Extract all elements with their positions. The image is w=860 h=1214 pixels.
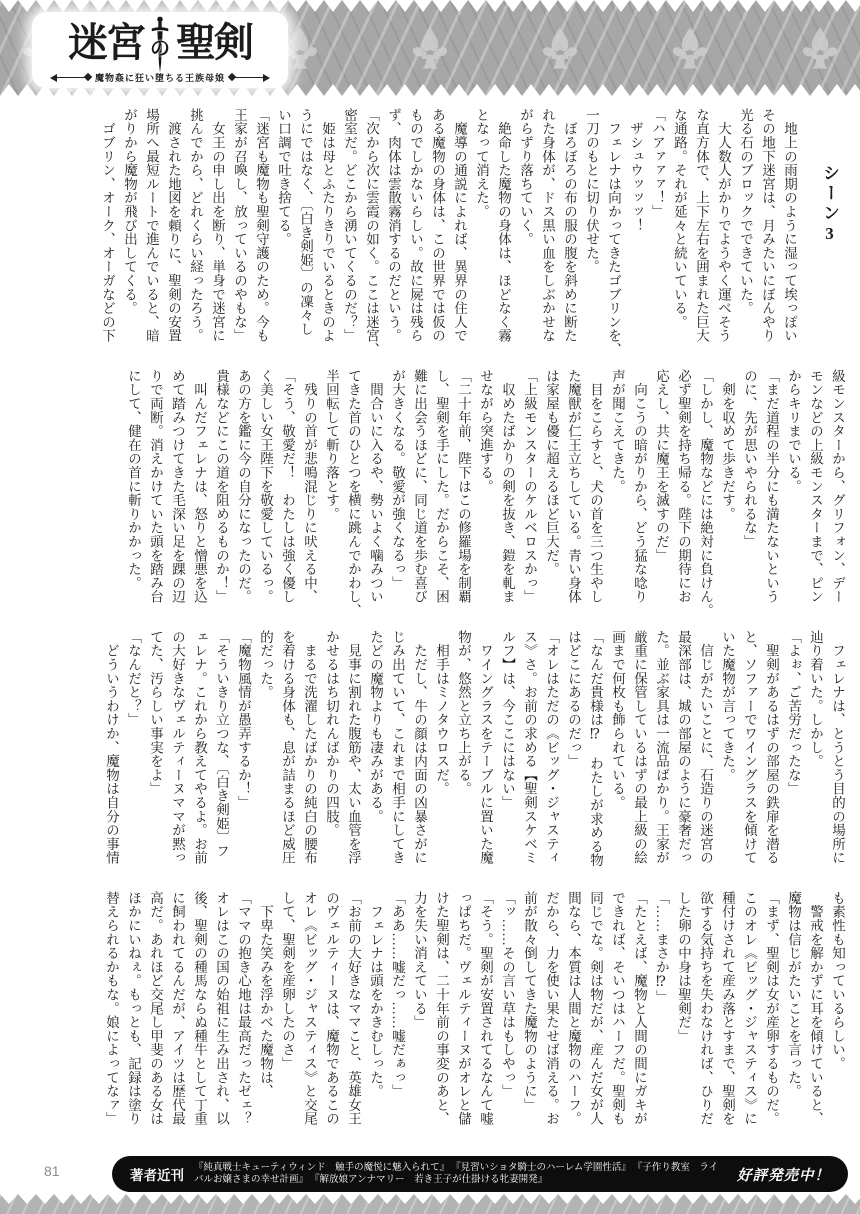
text-column: オレ《ビッグ・ジャスティス》と交尾 xyxy=(298,891,320,1143)
text-column: な直方体で、上下左右を囲まれた巨大 xyxy=(690,108,712,360)
book-title: 『見習いショタ騎士のハーレム学園性活』 xyxy=(451,1162,631,1173)
text-column: な通路。それが延々と続いている。 xyxy=(668,108,690,360)
text-column: このオレ《ビッグ・ジャスティス》に xyxy=(738,891,760,1143)
text-column: 「……まさか⁉」 xyxy=(650,891,672,1143)
text-column: がりから魔物が飛び出してくる。 xyxy=(118,108,140,360)
text-column: 「まだ道程の半分にも満たないという xyxy=(760,369,782,621)
text-column: 「しかし、魔物などには絶対に負けん。 xyxy=(694,369,716,621)
text-column: 下卑た笑みを浮かべた魔物は、 xyxy=(254,891,276,1143)
text-column: ものでしかないらしい。故に屍は残ら xyxy=(404,108,426,360)
text-column: 後、聖剣の種馬ならぬ種牛として丁重 xyxy=(188,891,210,1143)
text-band-4: も素性も知っているらしい。 警戒を解かずに耳を傾けていると、魔物は信じがたいこと… xyxy=(52,891,848,1143)
text-column: 絶命した魔物の身体は、ほどなく霧 xyxy=(492,108,514,360)
text-column: 魔導の通説によれば、異界の住人で xyxy=(448,108,470,360)
subtitle-rule-left xyxy=(56,77,90,78)
text-column: の大好きなヴェルティーヌママが黙っ xyxy=(166,630,188,882)
fleur-de-lis-icon xyxy=(668,20,712,76)
text-column: 「次から次に雲霞の如く。ここは迷宮、 xyxy=(360,108,382,360)
logo-sword: の xyxy=(145,14,175,76)
fleur-de-lis-icon xyxy=(538,20,582,76)
text-column: 大人数人がかりでようやく運べそう xyxy=(712,108,734,360)
text-column: 画まで何枚も飾られている。 xyxy=(606,630,628,882)
text-column: が大きくなる。敬愛が強くなるっ」 xyxy=(386,369,408,621)
text-column: ぼろぼろの布の服の腹を斜めに断た xyxy=(558,108,580,360)
text-column: ある魔物の身体は、この世界では仮の xyxy=(426,108,448,360)
text-column: のヴェルティーヌは、魔物であるこの xyxy=(320,891,342,1143)
text-column: ェレナ。これから教えてやるよ。お前 xyxy=(188,630,210,882)
text-column: 目をこらすと、犬の首を三つ生やし xyxy=(584,369,606,621)
text-column: 「上級モンスターのケルベロスかっ」 xyxy=(518,369,540,621)
text-column: 王家が召喚し、放っているのやもな」 xyxy=(228,108,250,360)
text-column: にして、健在の首に斬りかかった。 xyxy=(122,369,144,621)
text-column: 「そう。聖剣が安置されてるなんて嘘 xyxy=(474,891,496,1143)
text-column: た魔獣が仁王立ちしている。青い身体 xyxy=(562,369,584,621)
logo-title-right: 聖剣 xyxy=(176,23,252,63)
series-logo: 迷宮 の 聖剣 魔物姦に狂い堕ちる王族母娘 xyxy=(32,12,288,88)
text-column: てきた首のひとつを横に跳んでかわし、 xyxy=(342,369,364,621)
text-column: ゴブリン、オーク、オーガなどの下 xyxy=(96,108,118,360)
scene-heading: シーン3 xyxy=(818,108,840,360)
text-column: かせるはち切れんばかりの四肢。 xyxy=(320,630,342,882)
footer-ornament-band xyxy=(0,1194,860,1214)
text-column: 聖剣があるはずの部屋の鉄扉を潜る xyxy=(760,630,782,882)
text-column: たどの魔物よりも凄みがある。 xyxy=(364,630,386,882)
text-column: 難に出会うほどに、同じ道を歩む喜び xyxy=(408,369,430,621)
text-column: い口調で吐き捨てる。 xyxy=(272,108,294,360)
text-column: 最深部は、城の部屋のように豪奢だっ xyxy=(672,630,694,882)
text-column: 魔物は信じがたいことを言った。 xyxy=(782,891,804,1143)
text-column: 同じでな。剣は物だが、産んだ女が人 xyxy=(584,891,606,1143)
text-column: フェレナは、とうとう目的の場所に xyxy=(826,630,848,882)
text-column: てた、汚らしい事実をよ」 xyxy=(144,630,166,882)
text-column: ス》さ。お前の求める【聖剣スケベミ xyxy=(518,630,540,882)
text-column: 地上の雨期のように湿って埃っぽい xyxy=(778,108,800,360)
text-column: はどこにあるのだっ」 xyxy=(562,630,584,882)
text-column: 「オレはただの《ビッグ・ジャスティ xyxy=(540,630,562,882)
text-column: オレはこの国の始祖に生み出され、以 xyxy=(210,891,232,1143)
text-column: めて踏みつけてきた毛深い足を踝の辺 xyxy=(166,369,188,621)
text-column: 相手はミノタウロスだ。 xyxy=(430,630,452,882)
text-column: っぱちだ。ヴェルティーヌがオレと儲 xyxy=(452,891,474,1143)
text-column: のに、先が思いやられるな」 xyxy=(738,369,760,621)
publisher-bar: 著者近刊 『純真戦士キューティウィンド 触手の魔悦に魅入られて』『見習いショタ騎… xyxy=(112,1156,848,1192)
text-column: からキリまでいる。 xyxy=(782,369,804,621)
sale-status: 好評発売中！ xyxy=(737,1164,830,1185)
text-band-2: 級モンスターから、グリフォン、デーモンなどの上級モンスターまで、ピンからキリまで… xyxy=(52,369,848,621)
text-column: 厳重に保管しているはずの最上級の絵 xyxy=(628,630,650,882)
text-column: 応えし、共に魔王を滅すのだ」 xyxy=(650,369,672,621)
text-column: 渡された地図を頼りに、聖剣の安置 xyxy=(162,108,184,360)
text-column: 辿り着いた。しかし。 xyxy=(804,630,826,882)
text-column: 「なんだ貴様は⁉ わたしが求める物 xyxy=(584,630,606,882)
text-column: 力を失い消えている」 xyxy=(408,891,430,1143)
text-column: いた魔物が言ってきた。 xyxy=(716,630,738,882)
text-column: して、聖剣を産卵したのさ」 xyxy=(276,891,298,1143)
text-column: 「たとえば、魔物と人間の間にガキが xyxy=(628,891,650,1143)
text-column: がらずり落ちていく。 xyxy=(514,108,536,360)
text-column: ず、肉体は雲散霧消するのだという。 xyxy=(382,108,404,360)
text-column: フェレナは頭をかきむしった。 xyxy=(364,891,386,1143)
text-column: れた身体が、ドス黒い血をしぶかせな xyxy=(536,108,558,360)
text-column: 欲する気持ちを失わなければ、ひりだ xyxy=(694,891,716,1143)
text-column: ほかにいねぇ。もっとも、記録は塗り xyxy=(122,891,144,1143)
text-column: 「魔物風情が愚弄するか！」 xyxy=(232,630,254,882)
text-column: モンなどの上級モンスターまで、ピン xyxy=(804,369,826,621)
text-column: 物が、悠然と立ち上がる。 xyxy=(452,630,474,882)
text-column: あの方を鑑に今の自分になったのだ。 xyxy=(232,369,254,621)
text-band-1: シーン3 地上の雨期のように湿って埃っぽいその地下迷宮は、月みたいにぼんやり光る… xyxy=(52,108,848,360)
text-column: 替えられるかもな。娘によってなァ」 xyxy=(100,891,122,1143)
text-column: 見事に割れた腹筋や、太い血管を浮 xyxy=(342,630,364,882)
text-column: は家屋も優に超えるほど巨大だ。 xyxy=(540,369,562,621)
text-column: 種付けされて産み落とすまで、聖剣を xyxy=(716,891,738,1143)
text-column: し、聖剣を手にした。だからこそ、困 xyxy=(430,369,452,621)
text-column: 前が散々倒してきた魔物のように」 xyxy=(518,891,540,1143)
text-column: 「そういきり立つな、〔白き剣姫〕フ xyxy=(210,630,232,882)
text-column: 声が聞こえてきた。 xyxy=(606,369,628,621)
text-column: 挑んでから、どれくらい経ったろう。 xyxy=(184,108,206,360)
text-band-3: フェレナは、とうとう目的の場所に辿り着いた。しかし。「よぉ、ご苦労だったな」 聖… xyxy=(52,630,848,882)
text-column: 間合いに入るや、勢いよく噛みつい xyxy=(364,369,386,621)
text-column: フェレナは向かってきたゴブリンを、 xyxy=(602,108,624,360)
text-column: 的だった。 xyxy=(254,630,276,882)
page-number: 81 xyxy=(44,1163,60,1179)
text-column: 姫は母とふたりきりでいるときのよ xyxy=(316,108,338,360)
logo-title-left: 迷宮 xyxy=(68,23,144,63)
text-column: となって消えた。 xyxy=(470,108,492,360)
text-column: 光る石のブロックでできていた。 xyxy=(734,108,756,360)
text-column: うにではなく、〔白き剣姫〕の凜々し xyxy=(294,108,316,360)
text-column: 「ハアァァァ！」 xyxy=(646,108,668,360)
zigzag-edge xyxy=(0,0,860,12)
text-column: も素性も知っているらしい。 xyxy=(826,891,848,1143)
text-column: まるで洗濯したばかりの純白の腰布 xyxy=(298,630,320,882)
text-column: けた聖剣は、二十年前の事変のあと、 xyxy=(430,891,452,1143)
text-column: だから、力を使い果たせば消える。お xyxy=(540,891,562,1143)
text-column: 一刀のもとに切り伏せた。 xyxy=(580,108,602,360)
fleur-de-lis-icon xyxy=(408,20,452,76)
text-column: を着ける身体も、息が詰まるほど威圧 xyxy=(276,630,298,882)
text-column: 「ッ……その言い草はもしやっ」 xyxy=(496,891,518,1143)
subtitle-rule-right xyxy=(230,77,264,78)
text-column: 信じがたいことに、石造りの迷宮の xyxy=(694,630,716,882)
fleur-de-lis-icon xyxy=(798,20,842,76)
text-column: 場所へ最短ルートで進んでいると、暗 xyxy=(140,108,162,360)
book-titles: 『純真戦士キューティウィンド 触手の魔悦に魅入られて』『見習いショタ騎士のハーレ… xyxy=(194,1162,727,1186)
text-column: 収めたばかりの剣を抜き、鎧を軋ま xyxy=(496,369,518,621)
text-column: できれば、そいつはハーフだ。聖剣も xyxy=(606,891,628,1143)
header-ornament-band: 迷宮 の 聖剣 魔物姦に狂い堕ちる王族母娘 xyxy=(0,0,860,96)
text-column: と、ソファーでワイングラスを傾けて xyxy=(738,630,760,882)
zigzag-edge xyxy=(0,1194,860,1204)
text-column: 「ママの抱き心地は最高だったゼェ？ xyxy=(232,891,254,1143)
text-column: 「まず、聖剣は女が産卵するものだ。 xyxy=(760,891,782,1143)
text-column: 密室だ。どこから湧いてくるのだ？」 xyxy=(338,108,360,360)
text-column: 向こうの暗がりから、どう猛な唸り xyxy=(628,369,650,621)
text-column: せながら突進する。 xyxy=(474,369,496,621)
text-column: 「お前の大好きなママこと、英雄女王 xyxy=(342,891,364,1143)
book-title: 『純真戦士キューティウィンド 触手の魔悦に魅入られて』 xyxy=(194,1162,449,1173)
text-column: 女王の申し出を断り、単身で迷宮に xyxy=(206,108,228,360)
text-column: に飼われてるんだが、アイツは歴代最 xyxy=(166,891,188,1143)
text-column: した卵の中身は聖剣だ」 xyxy=(672,891,694,1143)
logo-title: 迷宮 の 聖剣 xyxy=(68,17,252,69)
text-column: どういうわけか、魔物は自分の事情 xyxy=(100,630,122,882)
text-column: 級モンスターから、グリフォン、デー xyxy=(826,369,848,621)
text-column: ザシュウッッッ！ xyxy=(624,108,646,360)
author-books-label: 著者近刊 xyxy=(130,1164,184,1184)
text-column: 「なんだと？」 xyxy=(122,630,144,882)
text-column: 叫んだフェレナは、怒りと憎悪を込 xyxy=(188,369,210,621)
text-column: 「そう、敬愛だ！ わたしは強く優し xyxy=(276,369,298,621)
novel-page: 迷宮 の 聖剣 魔物姦に狂い堕ちる王族母娘 xyxy=(0,0,860,1214)
text-column: ワイングラスをテーブルに置いた魔 xyxy=(474,630,496,882)
text-column: 必ず聖剣を持ち帰る。陛下の期待にお xyxy=(672,369,694,621)
text-column: ルフ】は、今ここにはない」 xyxy=(496,630,518,882)
text-column: 半回転して斬り落とす。 xyxy=(320,369,342,621)
text-column: く美しい女王陛下を敬愛しているっ。 xyxy=(254,369,276,621)
text-column: 「二十年前、陛下はこの修羅場を制覇 xyxy=(452,369,474,621)
text-column: 「よぉ、ご苦労だったな」 xyxy=(782,630,804,882)
text-column: 高だ。あれほど交尾し甲斐のある女は xyxy=(144,891,166,1143)
text-column: 「ああ……嘘だっ……嘘だぁっ」 xyxy=(386,891,408,1143)
logo-title-no: の xyxy=(150,32,170,61)
text-column: 「迷宮も魔物も聖剣守護のため。今も xyxy=(250,108,272,360)
text-column: 警戒を解かずに耳を傾けていると、 xyxy=(804,891,826,1143)
text-column: ただし、牛の顔は内面の凶暴さがに xyxy=(408,630,430,882)
novel-text-content: シーン3 地上の雨期のように湿って埃っぽいその地下迷宮は、月みたいにぼんやり光る… xyxy=(0,108,860,1152)
text-column: 間なら、本質は人間と魔物のハーフ。 xyxy=(562,891,584,1143)
text-column: た。並ぶ家具は一流品ばかり。王家が xyxy=(650,630,672,882)
text-column: りで両断。消えかけていた頭を踏み台 xyxy=(144,369,166,621)
book-title: 『解放娘アンナマリー 若き王子が仕掛ける牝妻開発』 xyxy=(310,1174,547,1185)
text-column: 貴様などにこの道を阻めるものか！」 xyxy=(210,369,232,621)
text-column: 剣を収めて歩きだす。 xyxy=(716,369,738,621)
text-column: 残りの首が悲鳴混じりに吠える中、 xyxy=(298,369,320,621)
text-column: じみ出ていて、これまで相手にしてき xyxy=(386,630,408,882)
text-column: その地下迷宮は、月みたいにぼんやり xyxy=(756,108,778,360)
